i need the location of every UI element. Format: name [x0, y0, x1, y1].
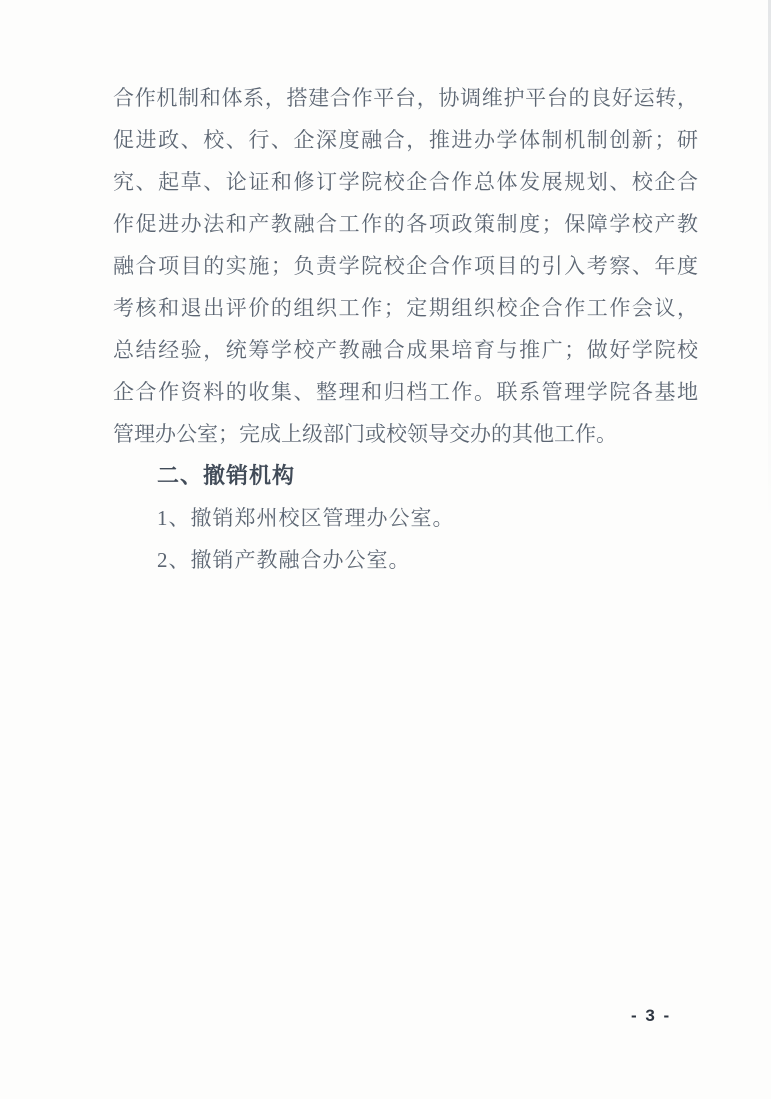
body-line: 考核和退出评价的组织工作；定期组织校企合作工作会议， — [113, 287, 698, 329]
body-line: 作促进办法和产教融合工作的各项政策制度；保障学校产教 — [113, 203, 698, 245]
body-line: 总结经验，统筹学校产教融合成果培育与推广；做好学院校 — [113, 329, 698, 371]
list-item-2: 2、撤销产教融合办公室。 — [113, 539, 698, 581]
body-line: 促进政、校、行、企深度融合，推进办学体制机制创新；研 — [113, 119, 698, 161]
document-body: 合作机制和体系，搭建合作平台，协调维护平台的良好运转， 促进政、校、行、企深度融… — [113, 77, 698, 581]
body-line: 究、起草、论证和修订学院校企合作总体发展规划、校企合 — [113, 161, 698, 203]
body-line: 融合项目的实施；负责学院校企合作项目的引入考察、年度 — [113, 245, 698, 287]
body-line: 合作机制和体系，搭建合作平台，协调维护平台的良好运转， — [113, 77, 698, 119]
list-item-1: 1、撤销郑州校区管理办公室。 — [113, 497, 698, 539]
page-number: - 3 - — [631, 1006, 671, 1026]
section-heading: 二、撤销机构 — [113, 455, 698, 497]
body-line: 管理办公室；完成上级部门或校领导交办的其他工作。 — [113, 413, 698, 455]
body-line: 企合作资料的收集、整理和归档工作。联系管理学院各基地 — [113, 371, 698, 413]
document-page: 合作机制和体系，搭建合作平台，协调维护平台的良好运转， 促进政、校、行、企深度融… — [0, 0, 771, 1099]
